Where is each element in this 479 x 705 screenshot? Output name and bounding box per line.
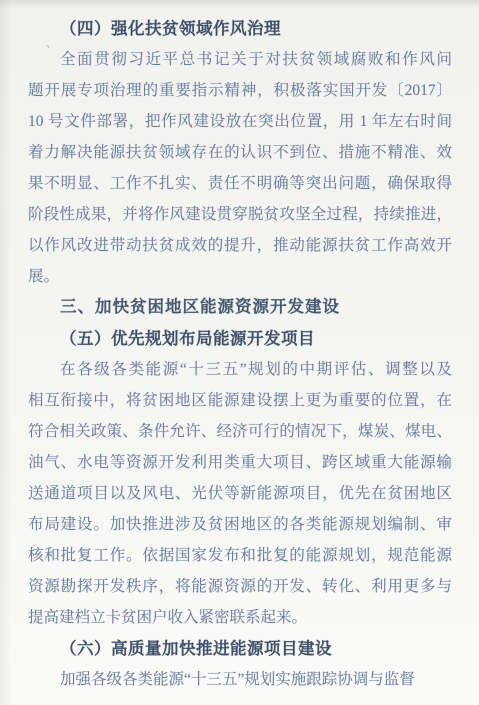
text-line: 题开展专项治理的重要指示精神，积极落实国开发〔2017〕 [28,75,452,106]
text-line: 提高建档立卡贫困户收入紧密联系起来。 [28,602,452,633]
text-line: 送通道项目以及风电、光伏等新能源项目，优先在贫困地区 [28,478,452,509]
text-line: 加强各级各类能源“十三五”规划实施跟踪协调与监督 [28,664,452,695]
text-line: 10 号文件部署，把作风建设放在突出位置，用 1 年左右时间 [28,106,452,137]
text-line: 果不明显、工作不扎实、责任不明确等突出问题，确保取得 [28,168,452,199]
subsection-heading: （六）高质量加快推进能源项目建设 [28,633,452,664]
section-heading: 三、加快贫困地区能源资源开发建设 [28,292,452,323]
text-line: 在各级各类能源“十三五”规划的中期评估、调整以及 [28,354,452,385]
text-line: 以作风改进带动扶贫成效的提升，推动能源扶贫工作高效开 [28,230,452,261]
text-line: 布局建设。加快推进涉及贫困地区的各类能源规划编制、审 [28,509,452,540]
text-line: 展。 [28,261,452,292]
subsection-heading: （五）优先规划布局能源开发项目 [28,323,452,354]
document-page: ˋ （四）强化扶贫领域作风治理全面贯彻习近平总书记关于对扶贫领域腐败和作风问题开… [0,0,479,705]
text-line: 相互衔接中，将贫困地区能源建设摆上更为重要的位置，在 [28,385,452,416]
text-line: 全面贯彻习近平总书记关于对扶贫领域腐败和作风问 [28,44,452,75]
text-line: 符合相关政策、条件允许、经济可行的情况下，煤炭、煤电、 [28,416,452,447]
text-column: （四）强化扶贫领域作风治理全面贯彻习近平总书记关于对扶贫领域腐败和作风问题开展专… [28,13,452,695]
text-line: 阶段性成果，并将作风建设贯穿脱贫攻坚全过程，持续推进， [28,199,452,230]
subsection-heading: （四）强化扶贫领域作风治理 [28,13,452,44]
text-line: 资源勘探开发秩序，将能源资源的开发、转化、利用更多与 [28,571,452,602]
text-line: 油气、水电等资源开发利用类重大项目、跨区域重大能源输 [28,447,452,478]
text-line: 核和批复工作。依据国家发布和批复的能源规划，规范能源 [28,540,452,571]
text-line: 着力解决能源扶贫领域存在的认识不到位、措施不精准、效 [28,137,452,168]
